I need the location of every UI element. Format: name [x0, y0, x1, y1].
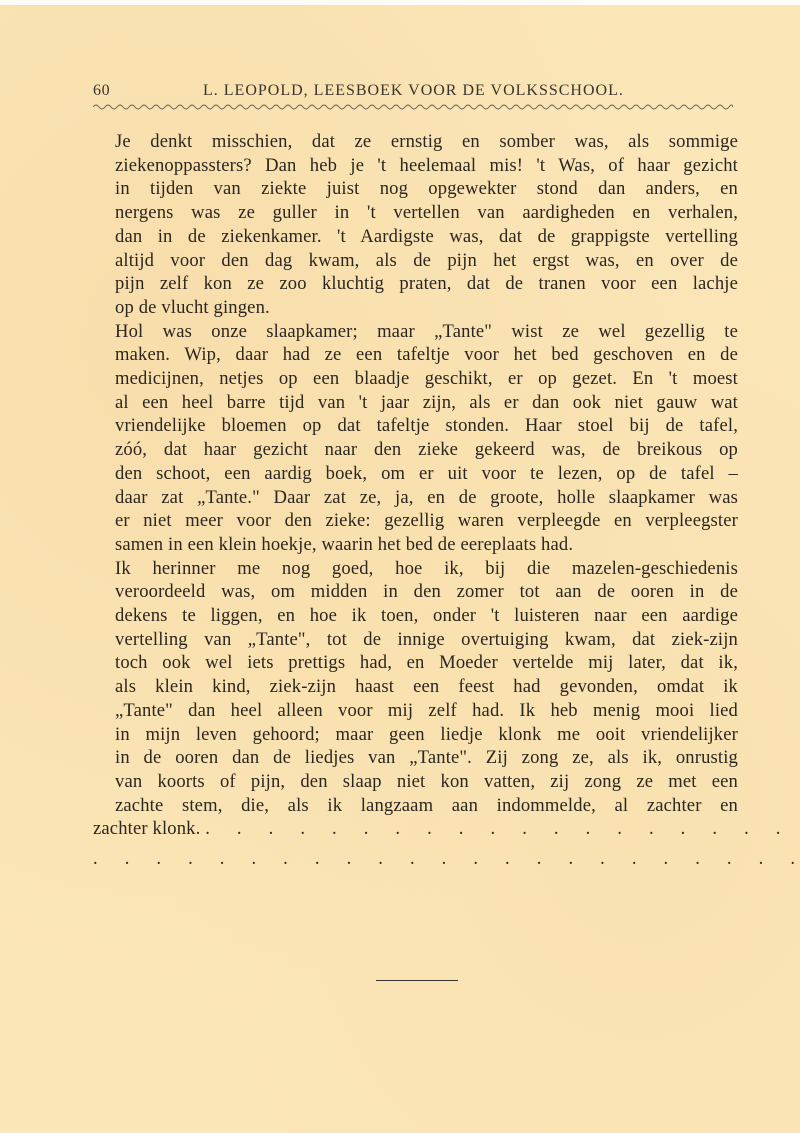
text-line: vriendelijke bloemen op dat tafeltje sto… [93, 414, 738, 438]
text-line: in tijden van ziekte juist nog opgewekte… [93, 177, 738, 201]
running-head: 60 L. LEOPOLD, LEESBOEK VOOR DE VOLKSSCH… [93, 82, 733, 104]
text-line: pijn zelf kon ze zoo kluchtig praten, da… [93, 272, 738, 296]
text-line: altijd voor den dag kwam, als de pijn he… [93, 249, 738, 273]
running-head-title: L. LEOPOLD, LEESBOEK VOOR DE VOLKSSCHOOL… [203, 82, 624, 100]
ellipsis-line: . . . . . . . . . . . . . . . . . . . . … [93, 847, 738, 871]
text-line: ziekenoppassters? Dan heb je 't heelemaa… [93, 154, 738, 178]
text-line: zóó, dat haar gezicht naar den zieke gek… [93, 438, 738, 462]
text-line: „Tante" dan heel alleen voor mij zelf ha… [93, 699, 738, 723]
text-line: in de ooren dan de liedjes van „Tante". … [93, 746, 738, 770]
text-line: medicijnen, netjes op een blaadje geschi… [93, 367, 738, 391]
ellipsis-dots: . . . . . . . . . . . . . . . . . . . . … [93, 848, 800, 869]
paragraph-2: Hol was onze slaapkamer; maar „Tante" wi… [93, 320, 738, 557]
text-line: Ik herinner me nog goed, hoe ik, bij die… [93, 557, 738, 581]
closing-text: zachter klonk. [93, 818, 200, 839]
text-line: zachte stem, die, als ik langzaam aan in… [93, 794, 738, 818]
wavy-header-rule [93, 102, 733, 110]
paragraph-3: Ik herinner me nog goed, hoe ik, bij die… [93, 557, 738, 871]
text-line: maken. Wip, daar had ze een tafeltje voo… [93, 343, 738, 367]
page-number: 60 [93, 82, 110, 100]
text-line: dekens te liggen, en hoe ik toen, onder … [93, 604, 738, 628]
text-line: toch ook wel iets prettigs had, en Moede… [93, 651, 738, 675]
text-line: al een heel barre tijd van 't jaar zijn,… [93, 391, 738, 415]
text-line: Je denkt misschien, dat ze ernstig en so… [93, 130, 738, 154]
closing-dots: . . . . . . . . . . . . . . . . . . . . … [205, 818, 800, 839]
text-line: nergens was ze guller in 't vertellen va… [93, 201, 738, 225]
text-line: daar zat „Tante." Daar zat ze, ja, en de… [93, 486, 738, 510]
body-text: Je denkt misschien, dat ze ernstig en so… [93, 130, 738, 871]
text-line: vertelling van „Tante", tot de innige ov… [93, 628, 738, 652]
text-line: Hol was onze slaapkamer; maar „Tante" wi… [93, 320, 738, 344]
text-line: als klein kind, ziek-zijn haast een fees… [93, 675, 738, 699]
text-line: er niet meer voor den zieke: gezellig wa… [93, 509, 738, 533]
text-line: van koorts of pijn, den slaap niet kon v… [93, 770, 738, 794]
paragraph-1: Je denkt misschien, dat ze ernstig en so… [93, 130, 738, 320]
section-end-rule [376, 980, 458, 981]
text-line: op de vlucht gingen. [93, 296, 738, 320]
closing-line: zachter klonk. . . . . . . . . . . . . .… [93, 817, 738, 841]
text-line: in mijn leven gehoord; maar geen liedje … [93, 723, 738, 747]
text-line: dan in de ziekenkamer. 't Aardigste was,… [93, 225, 738, 249]
text-line: veroordeeld was, om midden in den zomer … [93, 580, 738, 604]
text-line: den schoot, een aardig boek, om er uit v… [93, 462, 738, 486]
text-line: samen in een klein hoekje, waarin het be… [93, 533, 738, 557]
